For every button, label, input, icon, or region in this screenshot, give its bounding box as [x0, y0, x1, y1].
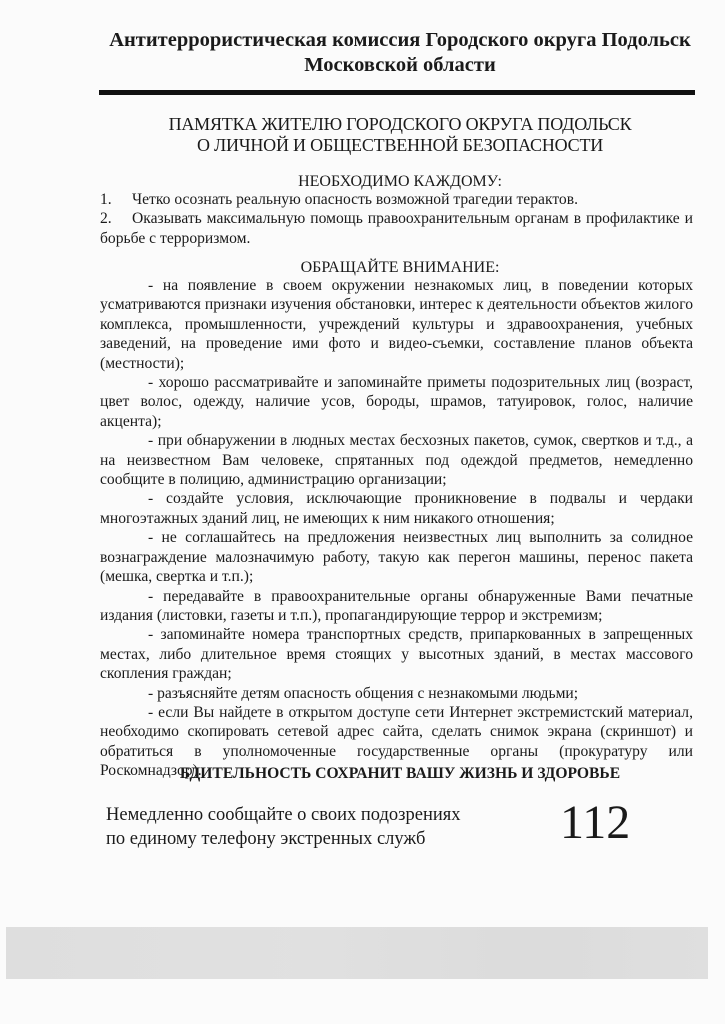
emergency-notice-line-2: по единому телефону экстренных служб [106, 827, 506, 851]
organization-title-line-2: Московской области [100, 53, 700, 78]
item-text: Четко осознать реальную опасность возмож… [132, 190, 578, 209]
memo-title: ПАМЯТКА ЖИТЕЛЮ ГОРОДСКОГО ОКРУГА ПОДОЛЬС… [100, 114, 700, 156]
attention-item-1: - на появление в своем окружении незнако… [100, 276, 693, 373]
memo-title-line-2: О ЛИЧНОЙ И ОБЩЕСТВЕННОЙ БЕЗОПАСНОСТИ [100, 135, 700, 156]
attention-item-7: - запоминайте номера транспортных средст… [100, 625, 693, 683]
scan-artifact-band [6, 927, 708, 979]
attention-item-6: - передавайте в правоохранительные орган… [100, 587, 693, 626]
attention-item-8: - разъясняйте детям опасность общения с … [100, 684, 693, 703]
attention-item-3: - при обнаружении в людных местах бесхоз… [100, 431, 693, 489]
item-number: 2. [100, 209, 132, 228]
emergency-notice: Немедленно сообщайте о своих подозрениях… [106, 803, 506, 851]
attention-item-2: - хорошо рассматривайте и запоминайте пр… [100, 373, 693, 431]
organization-title-line-1: Антитеррористическая комиссия Городского… [100, 28, 700, 53]
attention-list: - на появление в своем окружении незнако… [100, 276, 693, 781]
required-list: 1. Четко осознать реальную опасность воз… [100, 190, 693, 248]
organization-title: Антитеррористическая комиссия Городского… [100, 28, 700, 78]
vigilance-slogan: БДИТЕЛЬНОСТЬ СОХРАНИТ ВАШУ ЖИЗНЬ И ЗДОРО… [100, 764, 700, 783]
emergency-phone-number: 112 [560, 795, 630, 851]
header-divider [99, 90, 695, 95]
memo-title-line-1: ПАМЯТКА ЖИТЕЛЮ ГОРОДСКОГО ОКРУГА ПОДОЛЬС… [100, 114, 700, 135]
attention-heading: ОБРАЩАЙТЕ ВНИМАНИЕ: [100, 258, 700, 277]
attention-item-4: - создайте условия, исключающие проникно… [100, 489, 693, 528]
required-heading: НЕОБХОДИМО КАЖДОМУ: [100, 172, 700, 191]
attention-item-5: - не соглашайтесь на предложения неизвес… [100, 528, 693, 586]
item-number: 1. [100, 190, 132, 209]
required-item-1: 1. Четко осознать реальную опасность воз… [100, 190, 693, 209]
required-item-2: 2.Оказывать максимальную помощь правоохр… [100, 209, 693, 248]
document-page: Антитеррористическая комиссия Городского… [0, 0, 725, 1024]
item-text: Оказывать максимальную помощь правоохран… [100, 210, 693, 246]
emergency-notice-line-1: Немедленно сообщайте о своих подозрениях [106, 803, 506, 827]
